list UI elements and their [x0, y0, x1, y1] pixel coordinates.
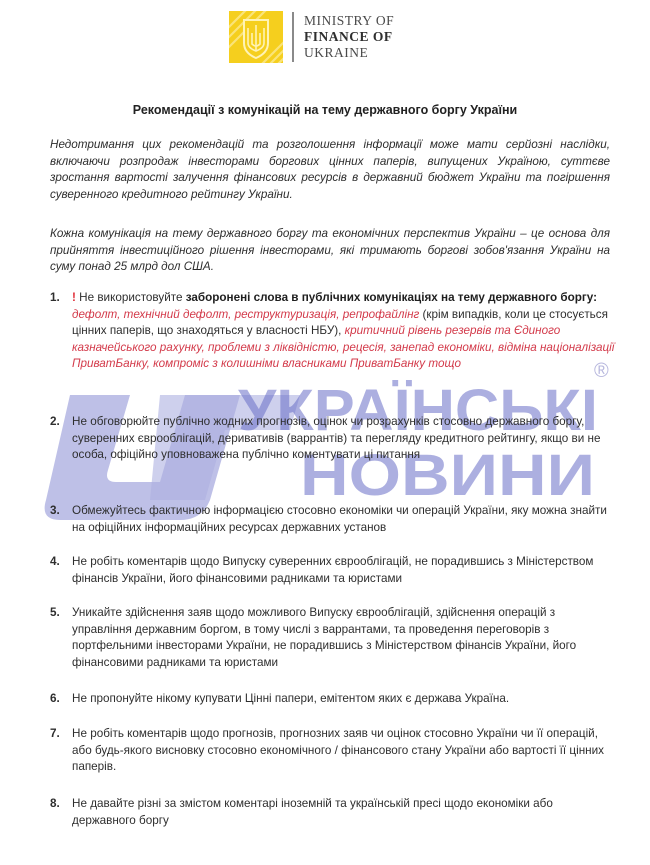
item-number: 5.	[50, 605, 72, 622]
intro-paragraph-1: Недотримання цих рекомендацій та розголо…	[50, 137, 610, 203]
item-text: Не пропонуйте нікому купувати Цінні папе…	[72, 691, 615, 708]
list-item: 6. Не пропонуйте нікому купувати Цінні п…	[50, 691, 615, 708]
ministry-line-1: MINISTRY OF	[304, 13, 394, 29]
ministry-name: MINISTRY OF FINANCE OF UKRAINE	[304, 13, 394, 61]
logo-divider	[292, 12, 294, 62]
list-item: 7. Не робіть коментарів щодо прогнозів, …	[50, 726, 615, 776]
item-text: Обмежуйтесь фактичною інформацією стосов…	[72, 503, 615, 536]
list-item: 4. Не робіть коментарів щодо Випуску сув…	[50, 554, 615, 587]
item-text: Не робіть коментарів щодо прогнозів, про…	[72, 726, 615, 776]
item-text: Не давайте різні за змістом коментарі ін…	[72, 796, 615, 829]
item-text: Уникайте здійснення заяв щодо можливого …	[72, 605, 615, 671]
item-text: Не обговорюйте публічно жодних прогнозів…	[72, 414, 615, 464]
warning-mark: !	[72, 291, 76, 304]
document-title: Рекомендації з комунікацій на тему держа…	[0, 103, 650, 117]
list-item: 8. Не давайте різні за змістом коментарі…	[50, 796, 615, 829]
forbidden-words-1: дефолт, технічний дефолт, реструктуризац…	[72, 308, 419, 321]
item-number: 7.	[50, 726, 72, 743]
item-bold: заборонені слова в публічних комунікація…	[186, 291, 597, 304]
item-number: 2.	[50, 414, 72, 431]
item-number: 8.	[50, 796, 72, 813]
item-number: 1.	[50, 290, 72, 307]
list-item: 2. Не обговорюйте публічно жодних прогно…	[50, 414, 615, 464]
item-lead: Не використовуйте	[79, 291, 182, 304]
list-item: 1. ! Не використовуйте заборонені слова …	[50, 290, 615, 373]
item-number: 4.	[50, 554, 72, 571]
list-item: 3. Обмежуйтесь фактичною інформацією сто…	[50, 503, 615, 536]
ministry-header: MINISTRY OF FINANCE OF UKRAINE	[229, 8, 394, 66]
item-number: 6.	[50, 691, 72, 708]
ministry-line-2: FINANCE OF	[304, 29, 394, 45]
intro-paragraph-2: Кожна комунікація на тему державного бор…	[50, 226, 610, 276]
list-item: 5. Уникайте здійснення заяв щодо можливо…	[50, 605, 615, 671]
trident-emblem-icon	[229, 11, 283, 63]
item-number: 3.	[50, 503, 72, 520]
ministry-line-3: UKRAINE	[304, 45, 394, 61]
item-text: Не робіть коментарів щодо Випуску сувере…	[72, 554, 615, 587]
